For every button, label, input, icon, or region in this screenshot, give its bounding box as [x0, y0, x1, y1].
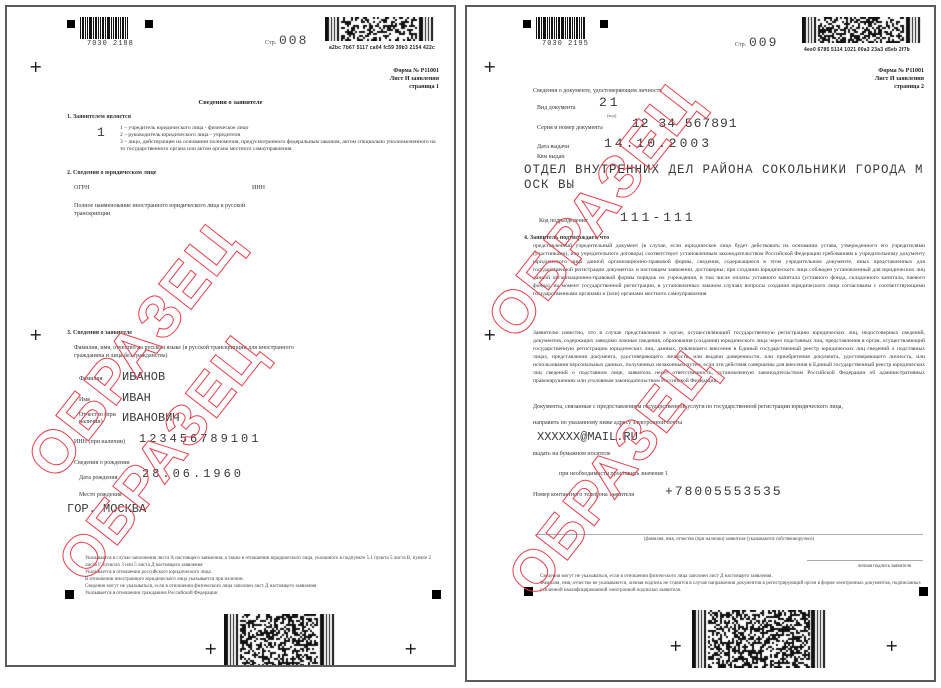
- doc-series-value: 12 34 567891: [632, 116, 738, 131]
- registration-mark: [65, 590, 74, 599]
- crosshair-mark: +: [885, 638, 898, 654]
- email-prompt: направить по указанному ниже адресу элек…: [533, 419, 682, 427]
- barcode-1d: [536, 17, 586, 39]
- section2-heading: 2. Сведения о юридическом лице: [67, 169, 156, 177]
- birth-place-label: Место рождения: [79, 491, 122, 499]
- birth-heading: Сведения о рождении: [74, 459, 130, 467]
- footnote-4: Сведения могут не указываться, если в от…: [85, 583, 435, 590]
- pdf417-barcode-bottom: [224, 614, 336, 667]
- page-title: Сведения о заявителе: [7, 99, 454, 106]
- registration-mark: [524, 587, 533, 596]
- crosshair-mark: +: [29, 59, 42, 75]
- footnote-2: Указывается в отношении российского юрид…: [85, 569, 435, 576]
- footnote-1: Сведения могут не указываться, если в от…: [540, 573, 925, 580]
- crosshair-mark: +: [669, 638, 682, 654]
- crosshair-mark: +: [483, 59, 496, 75]
- patronymic-value: ИВАНОВИЧ: [122, 411, 180, 425]
- footnotes: Указывается в случае заполнения листа А …: [85, 555, 435, 597]
- section1-heading: 1. Заявителем является: [67, 113, 131, 121]
- phone-label: Номер контактного телефона заявителя: [533, 491, 634, 499]
- registration-mark: [600, 20, 608, 28]
- form-page-1: 7030 2188 Стр. 008 a2bc 7b67 5117 ca04 f…: [5, 5, 456, 667]
- inn-label: ИНН: [252, 184, 265, 192]
- barcode-number: 7030 2195: [542, 40, 589, 48]
- email-value: XXXXXX@MAIL.RU: [537, 430, 638, 444]
- form-header: Форма № Р11001 Лист И заявления страница…: [390, 67, 439, 91]
- footnote-1: Указывается в случае заполнения листа А …: [85, 555, 435, 569]
- birth-date-label: Дата рождения: [79, 474, 117, 482]
- sheet-label: Лист И заявления: [875, 75, 924, 83]
- name-value: ИВАН: [122, 391, 151, 405]
- form-number: Форма № Р11001: [390, 67, 439, 75]
- issue-date-value: 14.10.2003: [604, 136, 712, 151]
- paper-delivery-hint: при необходимости проставить значение 1: [559, 470, 668, 478]
- paper-delivery-label: выдать на бумажном носителе: [533, 450, 611, 458]
- sheet-page: страница 2: [875, 83, 924, 91]
- dept-code-label: Код подразделения: [539, 217, 588, 225]
- inn-individual-value: 123456789101: [139, 432, 261, 446]
- issue-date-label: Дата выдачи: [537, 143, 569, 151]
- registration-mark: [432, 590, 441, 599]
- personal-signature-line: [807, 560, 923, 561]
- ogrn-label: ОГРН: [74, 184, 89, 192]
- form-header: Форма № Р11001 Лист И заявления страница…: [875, 67, 924, 91]
- section3-heading: 3. Сведения о заявителе: [67, 329, 132, 337]
- liability-paragraph: Заявителю известно, что в случае предста…: [533, 329, 925, 385]
- surname-value: ИВАНОВ: [122, 370, 165, 384]
- id-doc-heading: Сведения о документе, удостоверяющем лич…: [533, 87, 662, 95]
- footnote-5: Указывается в отношении гражданина Росси…: [85, 590, 435, 597]
- birth-place-value: ГОР. МОСКВА: [67, 502, 146, 516]
- confirmation-paragraph: представленный учредительный документ (в…: [533, 242, 925, 298]
- footnotes: Сведения могут не указываться, если в от…: [540, 573, 925, 594]
- doc-type-hint: (код): [607, 113, 616, 118]
- section4-heading: 4. Заявитель подтверждает, что: [524, 234, 609, 242]
- surname-label: Фамилия: [79, 375, 102, 383]
- pdf417-barcode-bottom: [692, 610, 827, 668]
- sample-stamp: ОБРАЗЕЦ: [44, 321, 278, 594]
- foreign-entity-name-label: Полное наименование иностранного юридиче…: [74, 202, 254, 218]
- docs-delivery-text: Документы, связанные с предоставлением г…: [533, 403, 925, 411]
- page-label: Стр.: [735, 42, 746, 48]
- inn-individual-label: ИНН (при наличии): [74, 438, 125, 446]
- patronymic-label: Отчество (при наличии): [79, 412, 119, 426]
- hex-code: a2bc 7b67 5117 ca04 fc59 39b3 2154 422c: [329, 45, 435, 51]
- footnote-2: Фамилия, имя, отчество не указываются, л…: [540, 580, 925, 594]
- footnote-3: В отношении иностранного юридического ли…: [85, 576, 435, 583]
- barcode-number: 7030 2188: [87, 40, 134, 48]
- name-signature-caption: (фамилия, имя, отчество (при наличии) за…: [535, 537, 923, 542]
- applicant-type-value: 1: [97, 125, 105, 140]
- form-page-2: 7030 2195 Стр. 009 4ee0 6785 5114 1021 0…: [465, 5, 936, 682]
- phone-value: +78005553535: [665, 484, 783, 499]
- name-label: Имя: [79, 396, 90, 404]
- page-number: 008: [279, 33, 308, 48]
- doc-type-label: Вид документа: [537, 104, 576, 112]
- form-number: Форма № Р11001: [875, 67, 924, 75]
- registration-mark: [145, 20, 153, 28]
- issued-by-label: Кем выдан: [537, 153, 565, 161]
- crosshair-mark: +: [404, 641, 417, 657]
- pdf417-barcode-top: [802, 17, 922, 43]
- pdf417-barcode-top: [325, 17, 435, 41]
- option-2: 2 – руководитель юридического лица - учр…: [120, 132, 440, 139]
- registration-mark: [67, 20, 75, 28]
- crosshair-mark: +: [483, 327, 496, 343]
- registration-mark: [919, 587, 928, 596]
- sheet-page: страница 1: [390, 83, 439, 91]
- option-3: 3 – лицо, действующее на основании полно…: [120, 139, 440, 153]
- crosshair-mark: +: [29, 327, 42, 343]
- dept-code-value: 111-111: [620, 210, 696, 225]
- name-signature-line: [535, 534, 923, 535]
- option-1: 1 – учредитель юридического лица - физич…: [120, 125, 440, 132]
- issued-by-value: ОТДЕЛ ВНУТРЕННИХ ДЕЛ РАЙОНА СОКОЛЬНИКИ Г…: [524, 163, 924, 193]
- barcode-1d: [80, 17, 129, 39]
- birth-date-value: 28.06.1960: [142, 467, 244, 481]
- registration-mark: [523, 20, 531, 28]
- fio-intro: Фамилия, имя, отчество на русском языке …: [74, 344, 314, 360]
- doc-type-value: 21: [599, 95, 621, 110]
- page-label: Стр.: [265, 40, 276, 46]
- hex-code: 4ee0 6785 5114 1021 00a3 23a3 d5eb 2f7b: [804, 47, 910, 53]
- crosshair-mark: +: [204, 641, 217, 657]
- applicant-type-options: 1 – учредитель юридического лица - физич…: [120, 125, 440, 153]
- personal-signature-caption: личная подпись заявителя: [807, 564, 911, 569]
- sheet-label: Лист И заявления: [390, 75, 439, 83]
- page-number: 009: [749, 35, 778, 50]
- doc-series-label: Серия и номер документа: [537, 124, 603, 132]
